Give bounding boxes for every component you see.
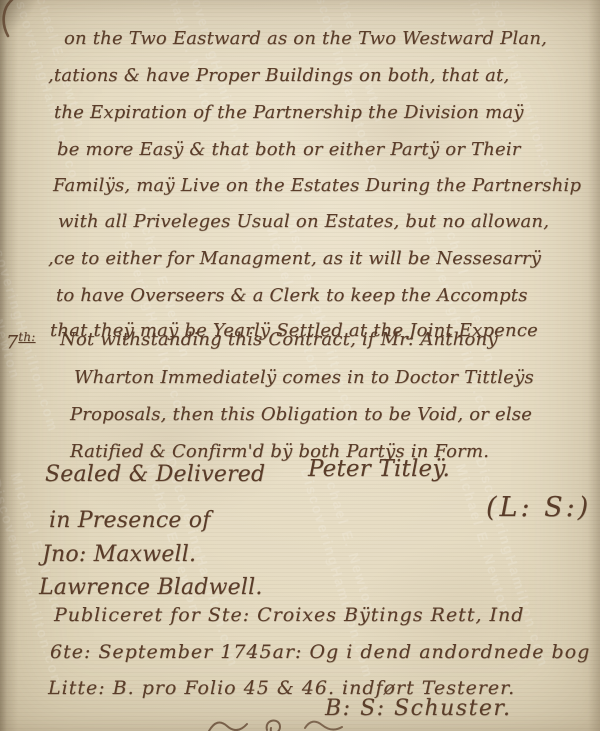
witness-line: Jno: Maxwell. [42, 544, 196, 566]
seal-mark: (L: S:) [486, 494, 591, 521]
item7-marker-number: 7 [6, 331, 18, 353]
body-line: with all Priveleges Usual on Estates, bu… [58, 213, 549, 231]
witness-line: Lawrence Bladwell. [39, 577, 263, 599]
manuscript-page: { "colors": { "paper": "#e6dcc3", "ink":… [0, 0, 600, 731]
notary-line: Publiceret for Ste: Croixes Bÿtings Rett… [54, 606, 524, 625]
body-line: ,tations & have Proper Buildings on both… [48, 67, 509, 85]
watermark-line: DiscoveringHamilton.com [470, 455, 554, 670]
body-line: to have Overseers & a Clerk to keep the … [56, 287, 528, 305]
watermark-line: DiscoveringHamilton.com [110, 211, 194, 426]
body-line: Familÿs, maÿ Live on the Estates During … [53, 177, 581, 195]
body-line: on the Two Eastward as on the Two Westwa… [64, 30, 547, 48]
item7-line: Not withstanding this Contract, if Mr: A… [60, 331, 498, 349]
notary-line: 6te: September 1745ar: Og i dend andordn… [50, 643, 590, 662]
signer-name: Peter Titleÿ. [308, 458, 450, 481]
watermark: Michael E. NewtonDiscoveringHamilton.com [110, 205, 214, 426]
item7-line: Proposals, then this Obligation to be Vo… [70, 406, 532, 424]
bottom-cutoff-stroke [205, 716, 365, 731]
in-presence-line: in Presence of [49, 510, 211, 532]
item7-marker-suffix: th: [18, 330, 35, 344]
item7-marker: 7th: [6, 331, 36, 352]
item7-line: Wharton Immediatelÿ comes in to Doctor T… [74, 369, 534, 387]
body-line: be more Easÿ & that both or either Partÿ… [57, 141, 521, 159]
body-line: the Expiration of the Partnership the Di… [54, 104, 524, 122]
watermark-line: Michael E. Newton [435, 210, 519, 425]
top-left-ink-mark [0, 0, 23, 39]
body-line: ,ce to either for Managment, as it will … [48, 250, 541, 268]
sealed-delivered-line: Sealed & Delivered [45, 464, 265, 486]
